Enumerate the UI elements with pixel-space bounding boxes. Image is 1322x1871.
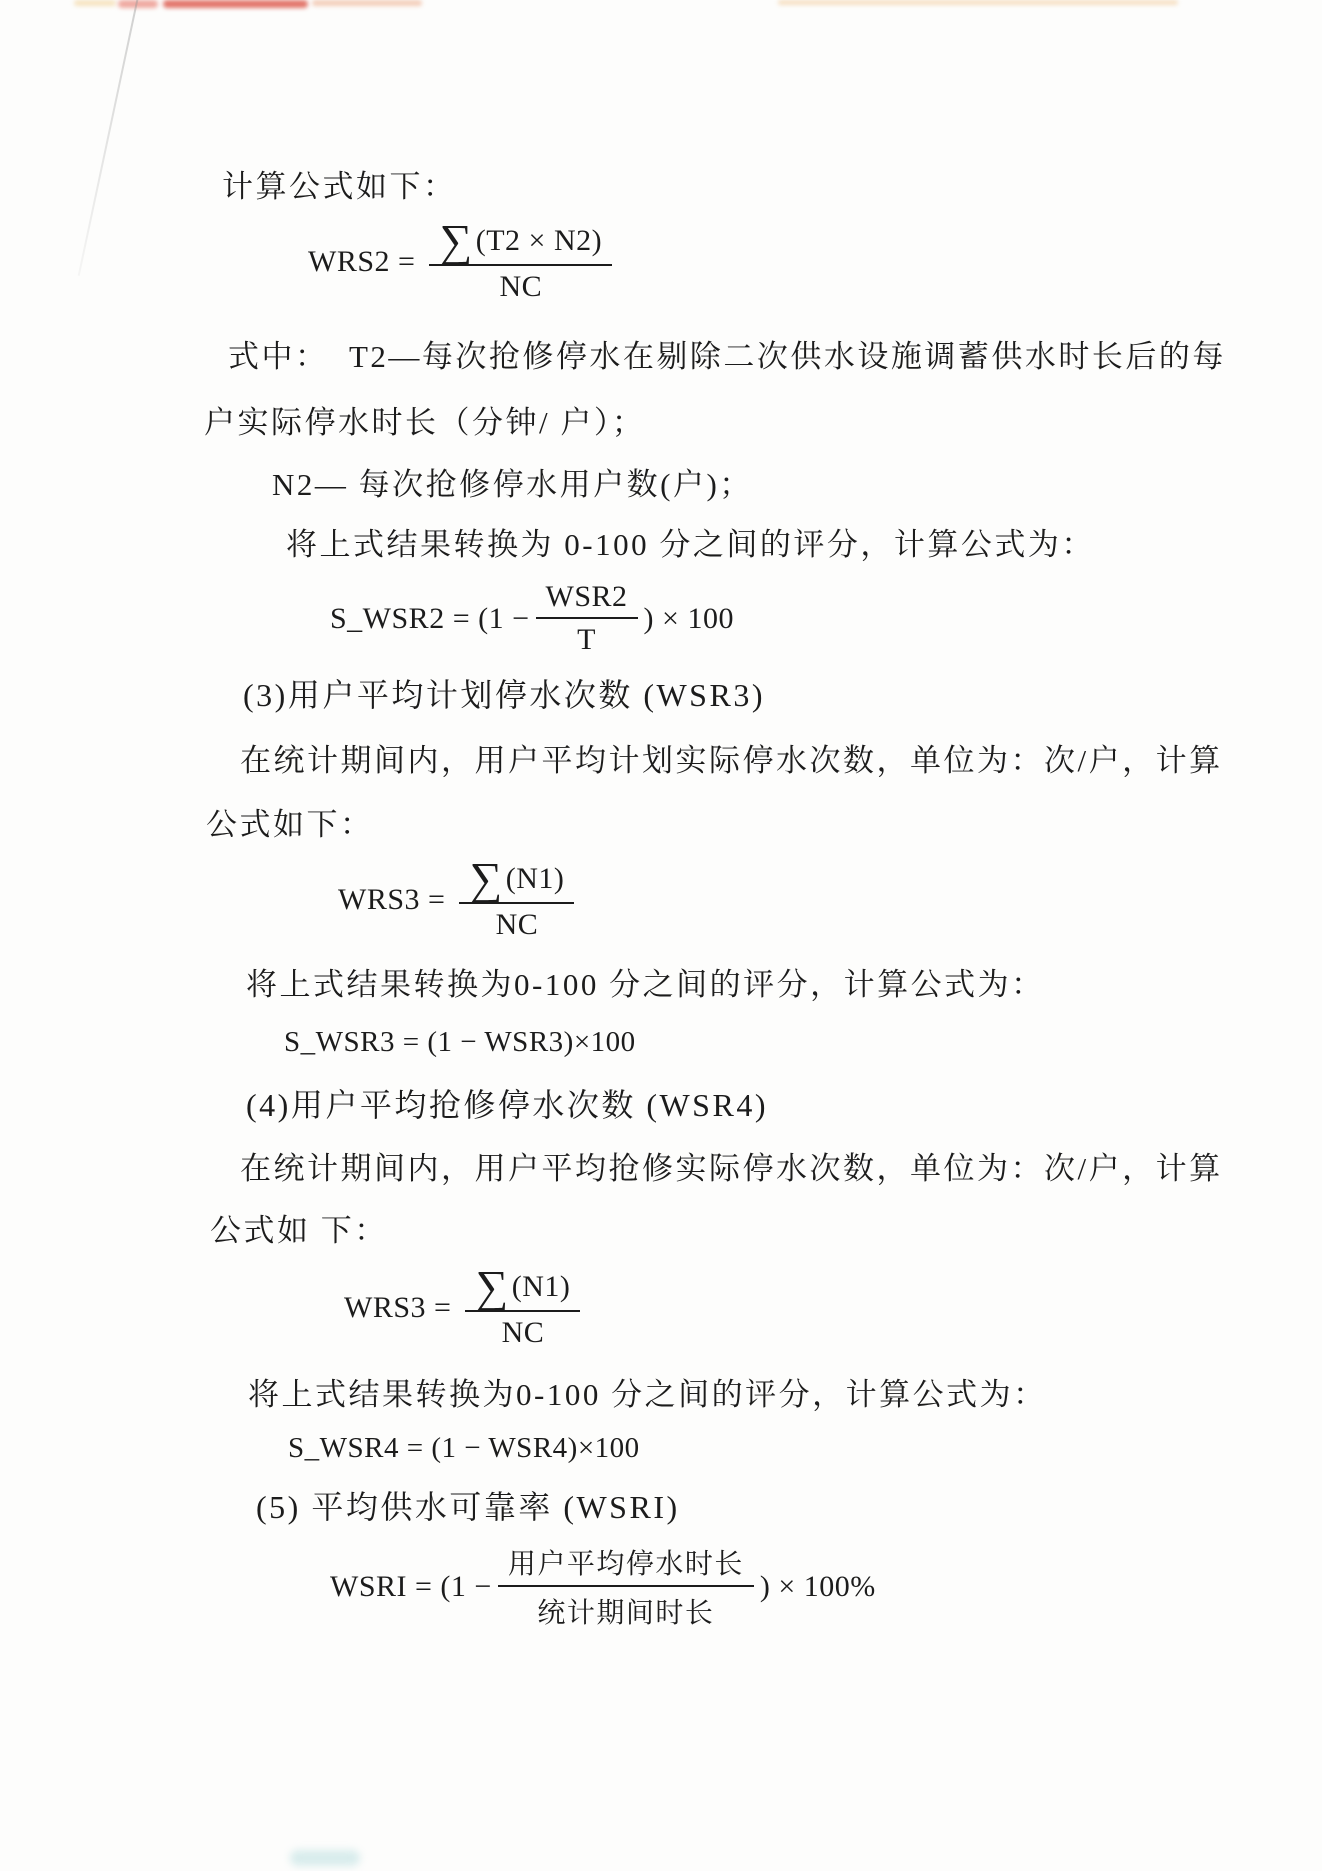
formula-wrs3-planned-denominator: NC xyxy=(496,904,539,942)
formula-wrs2-numerator: ∑(T2 × N2) xyxy=(429,220,612,266)
para3-line1: 在统计期间内，用户平均计划实际停水次数，单位为：次/户，计算 xyxy=(240,742,1223,779)
para4-line2: 公式如 下： xyxy=(210,1212,388,1249)
formula-wsri-pre: WSRI = (1 − xyxy=(330,1570,492,1604)
formula-wsri-numerator: 用户平均停水时长 xyxy=(498,1542,754,1587)
formula-wrs3-repair-numerator-text: (N1) xyxy=(512,1270,571,1304)
formula-s-wsr3: S_WSR3 = (1 − WSR3)×100 xyxy=(284,1026,636,1059)
formula-wrs3-repair-denominator: NC xyxy=(502,1312,545,1350)
paper-crease-artifact xyxy=(78,0,140,276)
ink-smudge-artifact xyxy=(290,1850,360,1866)
formula-wrs3-repair: WRS3 = ∑(N1) NC xyxy=(344,1266,586,1350)
heading-5: (5) 平均供水可靠率 (WSRI) xyxy=(256,1488,680,1526)
formula-s-wsr2-pre: S_WSR2 = (1 − xyxy=(330,602,530,636)
where-n2-line: N2— 每次抢修停水用户数(户)； xyxy=(272,466,753,503)
where-t2-line2: 户实际停水时长（分钟/ 户）； xyxy=(204,404,645,441)
formula-wrs3-planned-numerator: ∑(N1) xyxy=(459,858,574,904)
formula-wrs3-planned: WRS3 = ∑(N1) NC xyxy=(338,858,580,942)
formula-wrs2-denominator: NC xyxy=(499,266,542,304)
formula-wsri-fraction: 用户平均停水时长 统计期间时长 xyxy=(498,1542,754,1631)
sigma-symbol: ∑ xyxy=(475,1266,508,1307)
formula-wrs3-planned-lhs: WRS3 = xyxy=(338,883,445,917)
formula-wrs3-planned-fraction: ∑(N1) NC xyxy=(459,858,574,942)
stamp-artifact xyxy=(778,0,1178,5)
formula-wsri: WSRI = (1 − 用户平均停水时长 统计期间时长 ) × 100% xyxy=(330,1542,876,1631)
formula-wrs2-fraction: ∑(T2 × N2) NC xyxy=(429,220,612,304)
convert-wsr2-line: 将上式结果转换为 0-100 分之间的评分，计算公式为： xyxy=(286,526,1095,563)
formula-wrs3-planned-numerator-text: (N1) xyxy=(506,862,565,896)
para3-line2: 公式如下： xyxy=(206,806,374,843)
stamp-artifact xyxy=(312,0,422,6)
formula-wrs3-repair-lhs: WRS3 = xyxy=(344,1291,451,1325)
stamp-artifact xyxy=(163,0,308,8)
sigma-symbol: ∑ xyxy=(439,220,472,261)
formula-wsri-denominator: 统计期间时长 xyxy=(537,1587,714,1631)
formula-s-wsr2: S_WSR2 = (1 − WSR2 T ) × 100 xyxy=(330,580,734,657)
formula-wrs3-repair-numerator: ∑(N1) xyxy=(465,1266,580,1312)
convert-wsr3-line: 将上式结果转换为0-100 分之间的评分，计算公式为： xyxy=(246,966,1045,1003)
where-t2-line1: 式中： T2—每次抢修停水在剔除二次供水设施调蓄供水时长后的每 xyxy=(228,338,1226,375)
formula-wrs3-repair-fraction: ∑(N1) NC xyxy=(465,1266,580,1350)
formula-wrs2-numerator-text: (T2 × N2) xyxy=(476,224,602,258)
intro-line: 计算公式如下： xyxy=(222,168,457,205)
formula-s-wsr2-numerator: WSR2 xyxy=(536,580,638,619)
formula-s-wsr2-fraction: WSR2 T xyxy=(536,580,638,657)
formula-wrs2-lhs: WRS2 = xyxy=(308,245,415,279)
formula-wsri-post: ) × 100% xyxy=(760,1570,876,1604)
heading-3: (3)用户平均计划停水次数 (WSR3) xyxy=(243,676,765,714)
stamp-artifact xyxy=(74,0,116,6)
formula-wrs2: WRS2 = ∑(T2 × N2) NC xyxy=(308,220,618,304)
formula-s-wsr2-post: ) × 100 xyxy=(644,602,734,636)
heading-4: (4)用户平均抢修停水次数 (WSR4) xyxy=(246,1086,768,1124)
scanned-document-page: 计算公式如下： WRS2 = ∑(T2 × N2) NC 式中： T2—每次抢修… xyxy=(0,0,1322,1871)
formula-s-wsr2-denominator: T xyxy=(577,619,596,657)
convert-wsr4-line: 将上式结果转换为0-100 分之间的评分，计算公式为： xyxy=(248,1376,1047,1413)
formula-s-wsr4: S_WSR4 = (1 − WSR4)×100 xyxy=(288,1432,640,1465)
sigma-symbol: ∑ xyxy=(469,858,502,899)
para4-line1: 在统计期间内，用户平均抢修实际停水次数，单位为：次/户，计算 xyxy=(240,1150,1223,1187)
